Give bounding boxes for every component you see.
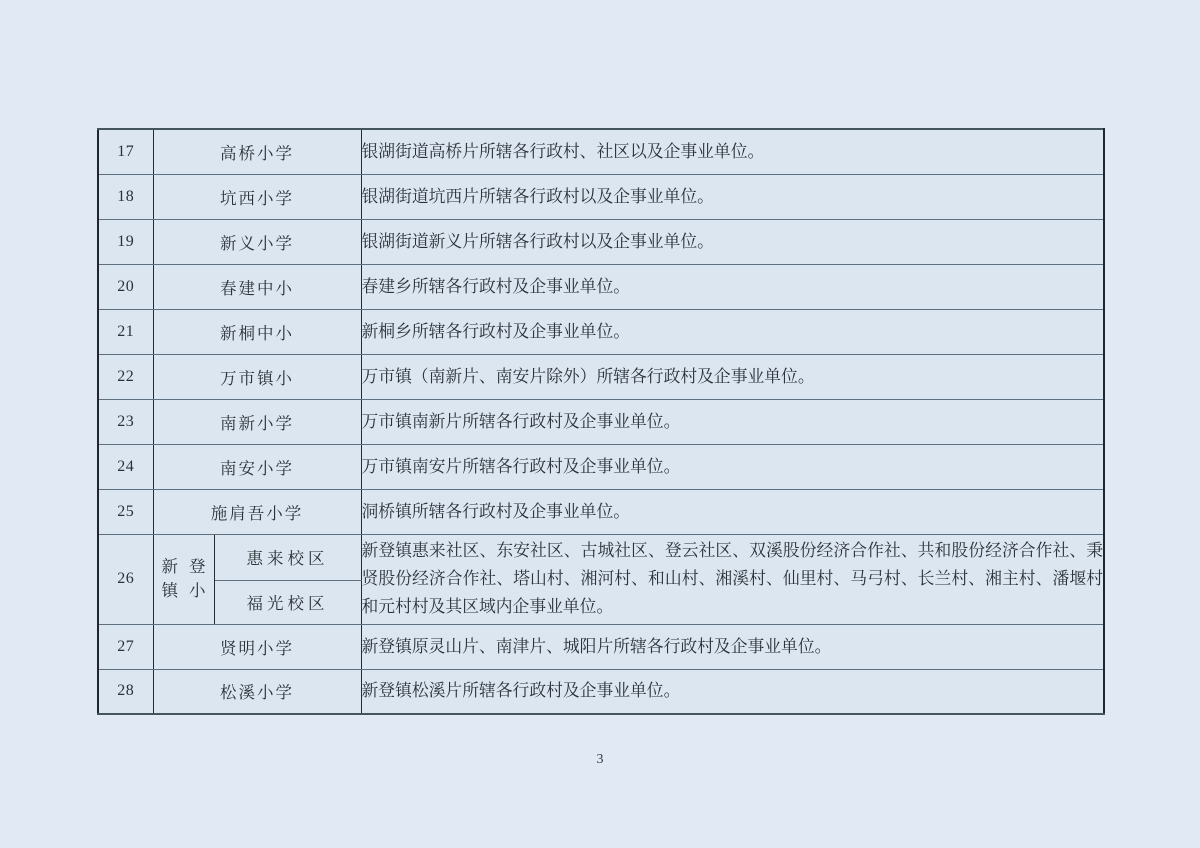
school-name-char: 镇: [162, 579, 179, 603]
school-name-cell: 施肩吾小学: [153, 489, 361, 534]
row-number-cell: 24: [98, 444, 153, 489]
row-number-cell: 18: [98, 174, 153, 219]
table-row: 25施肩吾小学洞桥镇所辖各行政村及企事业单位。: [98, 489, 1104, 534]
campus-name-cell: 惠来校区: [214, 534, 361, 580]
table-row-campus: 26新登镇小惠来校区新登镇惠来社区、东安社区、古城社区、登云社区、双溪股份经济合…: [98, 534, 1104, 580]
school-name-line: 新登: [154, 555, 214, 579]
school-name-cell: 坑西小学: [153, 174, 361, 219]
school-name-cell: 高桥小学: [153, 129, 361, 174]
school-name-cell: 春建中小: [153, 264, 361, 309]
school-name-cell: 南新小学: [153, 399, 361, 444]
school-district-table: 17高桥小学银湖街道高桥片所辖各行政村、社区以及企事业单位。18坑西小学银湖街道…: [97, 128, 1105, 715]
school-name-char: 小: [189, 579, 206, 603]
row-number-cell: 28: [98, 669, 153, 714]
district-cell: 银湖街道坑西片所辖各行政村以及企事业单位。: [361, 174, 1104, 219]
district-cell: 洞桥镇所辖各行政村及企事业单位。: [361, 489, 1104, 534]
document-page: 17高桥小学银湖街道高桥片所辖各行政村、社区以及企事业单位。18坑西小学银湖街道…: [0, 0, 1200, 848]
page-number: 3: [0, 752, 1200, 768]
district-cell: 新登镇松溪片所辖各行政村及企事业单位。: [361, 669, 1104, 714]
table-row: 17高桥小学银湖街道高桥片所辖各行政村、社区以及企事业单位。: [98, 129, 1104, 174]
district-cell: 万市镇（南新片、南安片除外）所辖各行政村及企事业单位。: [361, 354, 1104, 399]
school-name-cell: 新登镇小: [153, 534, 214, 624]
row-number-cell: 27: [98, 624, 153, 669]
row-number-cell: 17: [98, 129, 153, 174]
table-body: 17高桥小学银湖街道高桥片所辖各行政村、社区以及企事业单位。18坑西小学银湖街道…: [98, 129, 1104, 714]
school-name-cell: 新桐中小: [153, 309, 361, 354]
school-name-cell: 新义小学: [153, 219, 361, 264]
table-row: 19新义小学银湖街道新义片所辖各行政村以及企事业单位。: [98, 219, 1104, 264]
table-row: 27贤明小学新登镇原灵山片、南津片、城阳片所辖各行政村及企事业单位。: [98, 624, 1104, 669]
district-cell: 万市镇南安片所辖各行政村及企事业单位。: [361, 444, 1104, 489]
school-name-cell: 南安小学: [153, 444, 361, 489]
district-cell: 万市镇南新片所辖各行政村及企事业单位。: [361, 399, 1104, 444]
district-cell: 春建乡所辖各行政村及企事业单位。: [361, 264, 1104, 309]
row-number-cell: 26: [98, 534, 153, 624]
school-name-char: 新: [162, 555, 179, 579]
district-cell: 银湖街道高桥片所辖各行政村、社区以及企事业单位。: [361, 129, 1104, 174]
table-row: 20春建中小春建乡所辖各行政村及企事业单位。: [98, 264, 1104, 309]
school-name-cell: 万市镇小: [153, 354, 361, 399]
table-row: 23南新小学万市镇南新片所辖各行政村及企事业单位。: [98, 399, 1104, 444]
school-name-line: 镇小: [154, 579, 214, 603]
row-number-cell: 20: [98, 264, 153, 309]
row-number-cell: 25: [98, 489, 153, 534]
district-cell: 银湖街道新义片所辖各行政村以及企事业单位。: [361, 219, 1104, 264]
district-cell: 新登镇原灵山片、南津片、城阳片所辖各行政村及企事业单位。: [361, 624, 1104, 669]
row-number-cell: 19: [98, 219, 153, 264]
row-number-cell: 22: [98, 354, 153, 399]
table-row: 24南安小学万市镇南安片所辖各行政村及企事业单位。: [98, 444, 1104, 489]
table-row: 18坑西小学银湖街道坑西片所辖各行政村以及企事业单位。: [98, 174, 1104, 219]
table-row: 21新桐中小新桐乡所辖各行政村及企事业单位。: [98, 309, 1104, 354]
table-row: 22万市镇小万市镇（南新片、南安片除外）所辖各行政村及企事业单位。: [98, 354, 1104, 399]
row-number-cell: 21: [98, 309, 153, 354]
district-cell: 新桐乡所辖各行政村及企事业单位。: [361, 309, 1104, 354]
school-name-char: 登: [189, 555, 206, 579]
school-name-cell: 松溪小学: [153, 669, 361, 714]
school-name-cell: 贤明小学: [153, 624, 361, 669]
row-number-cell: 23: [98, 399, 153, 444]
campus-name-cell: 福光校区: [214, 580, 361, 624]
district-cell: 新登镇惠来社区、东安社区、古城社区、登云社区、双溪股份经济合作社、共和股份经济合…: [361, 534, 1104, 624]
table-row: 28松溪小学新登镇松溪片所辖各行政村及企事业单位。: [98, 669, 1104, 714]
